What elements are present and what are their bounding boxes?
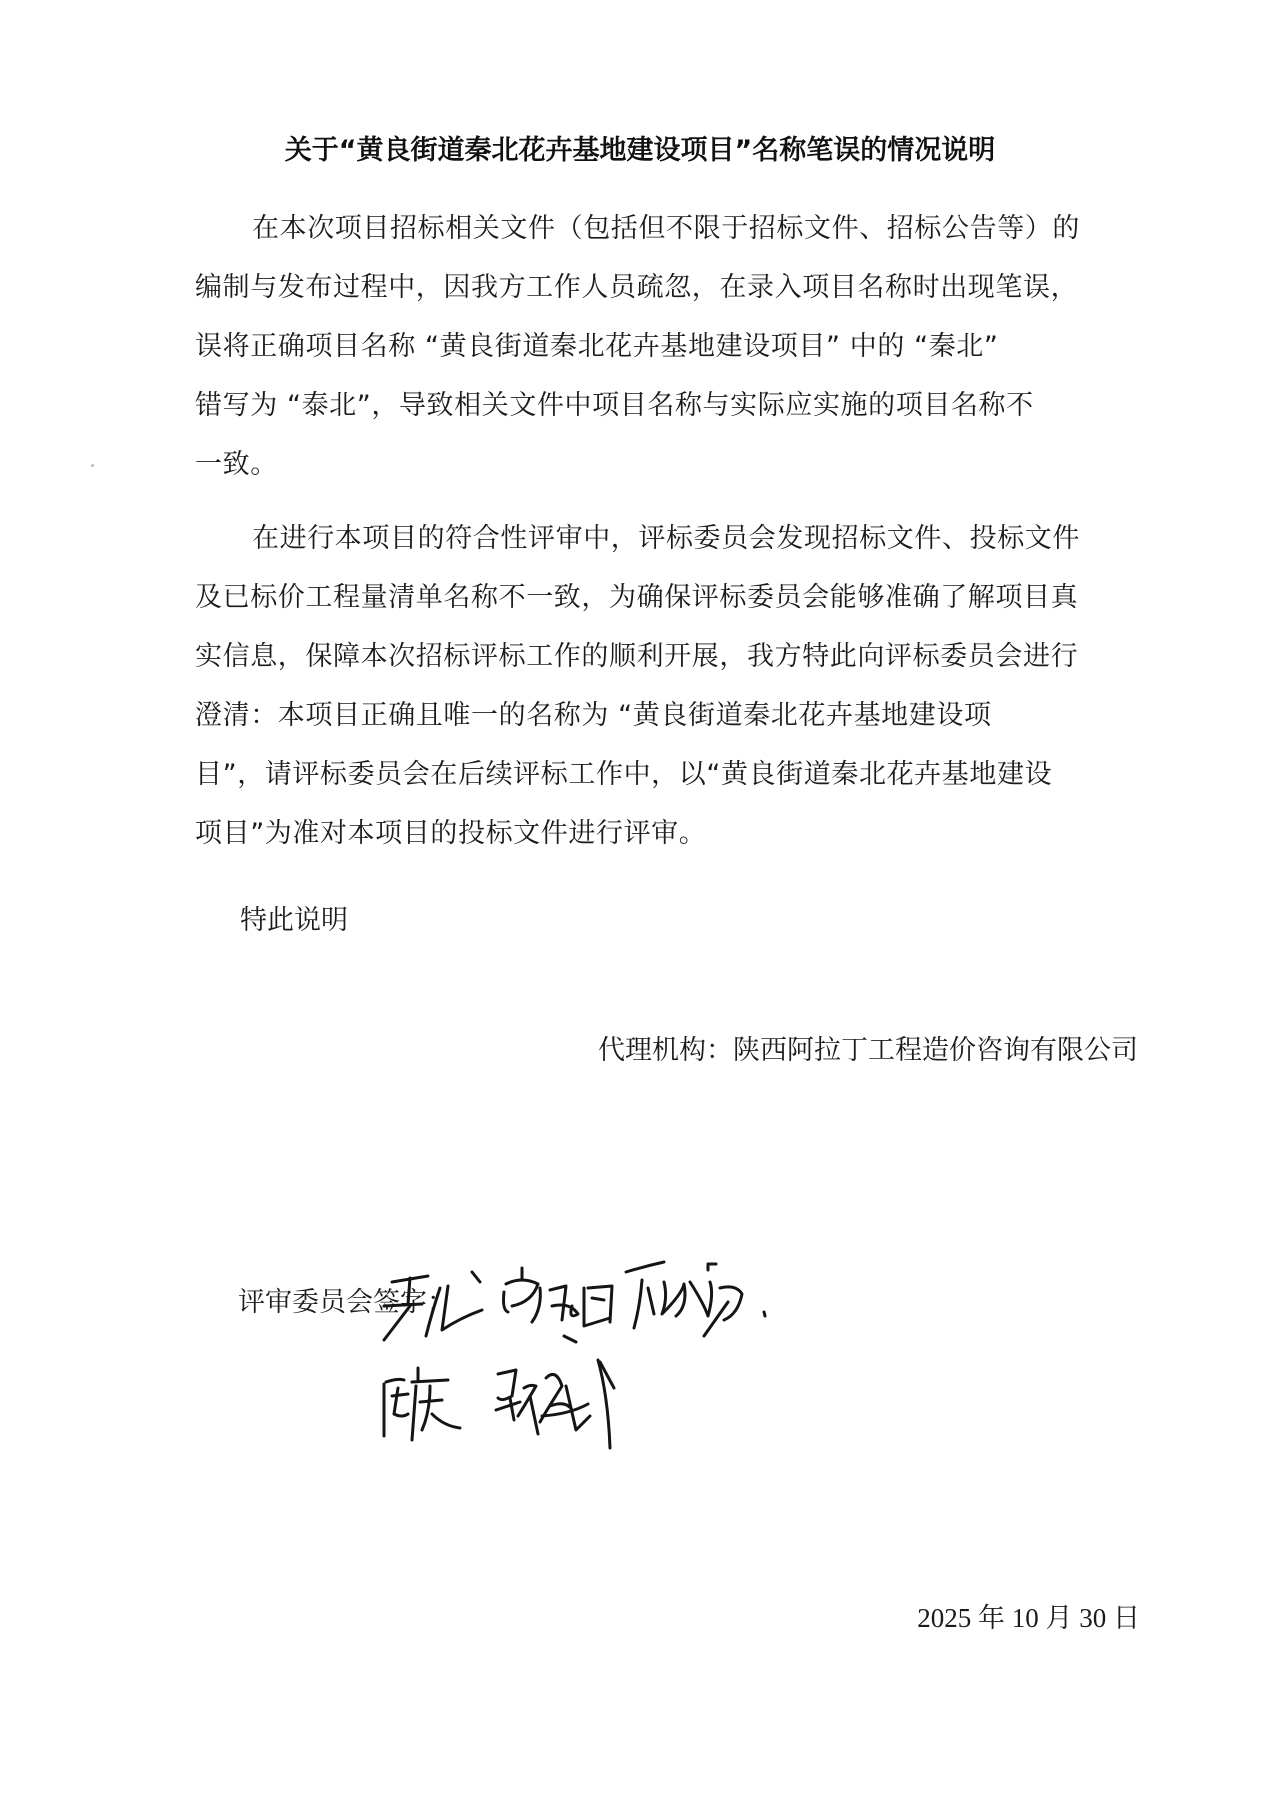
closing-statement: 特此说明 [240, 898, 348, 937]
paragraph-line: 错写为 “泰北”，导致相关文件中项目名称与实际应实施的项目名称不 [195, 376, 1145, 435]
paragraph-line: 目”，请评标委员会在后续评标工作中，以“黄良街道秦北花卉基地建设 [195, 745, 1145, 804]
paragraph-line: 误将正确项目名称 “黄良街道秦北花卉基地建设项目” 中的 “秦北” [195, 317, 1145, 376]
paragraph-line: 澄清：本项目正确且唯一的名称为 “黄良街道秦北花卉基地建设项 [195, 686, 1145, 745]
signature-1 [370, 1268, 510, 1348]
document-title: 关于“黄良街道秦北花卉基地建设项目”名称笔误的情况说明 [0, 128, 1280, 167]
paragraph-line: 项目”为准对本项目的投标文件进行评审。 [195, 804, 1145, 863]
paragraph-1: 在本次项目招标相关文件（包括但不限于招标文件、招标公告等）的 编制与发布过程中，… [195, 199, 1145, 494]
paragraph-line: 在本次项目招标相关文件（包括但不限于招标文件、招标公告等）的 [195, 199, 1145, 258]
scan-speck [91, 464, 94, 467]
signature-5 [490, 1356, 670, 1456]
paragraph-line: 实信息，保障本次招标评标工作的顺利开展，我方特此向评标委员会进行 [195, 627, 1145, 686]
paragraph-2: 在进行本项目的符合性评审中，评标委员会发现招标文件、投标文件 及已标价工程量清单… [195, 509, 1145, 863]
paragraph-line: 在进行本项目的符合性评审中，评标委员会发现招标文件、投标文件 [195, 509, 1145, 568]
paragraph-line: 及已标价工程量清单名称不一致，为确保评标委员会能够准确了解项目真 [195, 568, 1145, 627]
agency-name: 代理机构：陕西阿拉丁工程造价咨询有限公司 [598, 1028, 1138, 1067]
document-page: 关于“黄良街道秦北花卉基地建设项目”名称笔误的情况说明 在本次项目招标相关文件（… [0, 0, 1280, 1807]
document-date: 2025 年 10 月 30 日 [917, 1596, 1140, 1635]
paragraph-line: 编制与发布过程中，因我方工作人员疏忽，在录入项目名称时出现笔误， [195, 258, 1145, 317]
signature-3 [612, 1258, 812, 1358]
signature-4 [372, 1356, 472, 1446]
paragraph-line: 一致。 [195, 435, 1145, 494]
